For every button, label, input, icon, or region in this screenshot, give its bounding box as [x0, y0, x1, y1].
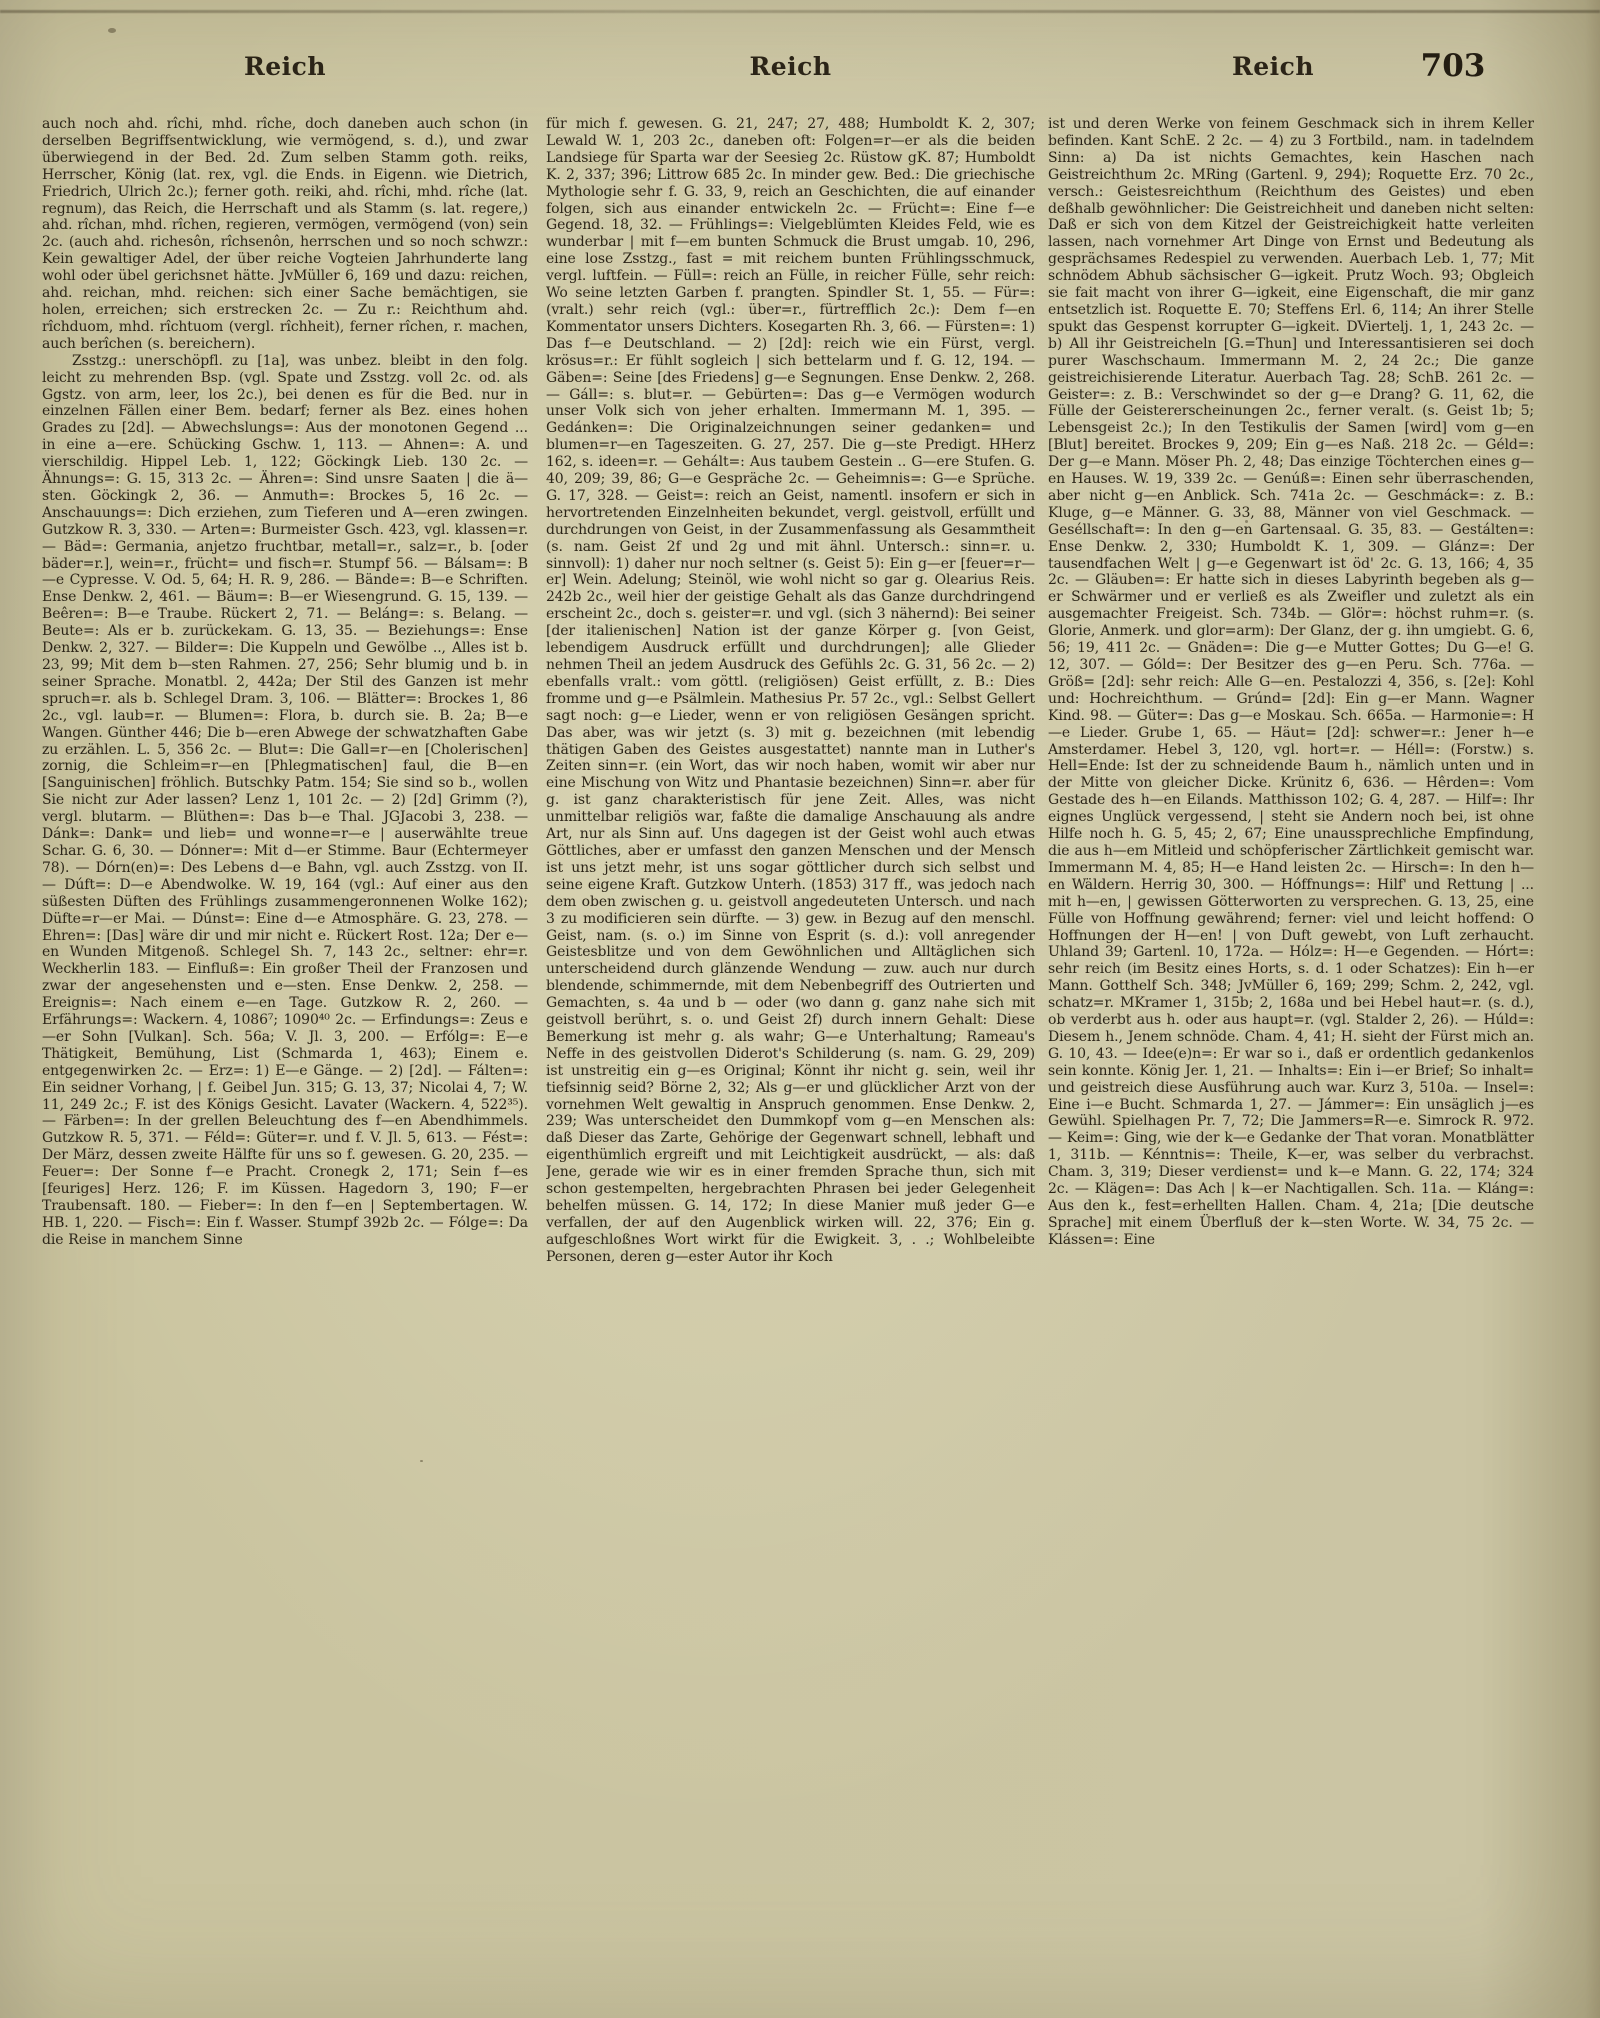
text-column-3: ist und deren Werke von feinem Geschmack… [1048, 116, 1534, 1916]
running-head-column-1: Reich [42, 52, 528, 81]
text-column-2: für mich f. gewesen. G. 21, 247; 27, 488… [546, 116, 1035, 1916]
page-top-edge-shadow [0, 10, 1600, 13]
page-number: 703 [1398, 48, 1508, 84]
paper-speck [108, 28, 116, 33]
dictionary-paragraph: für mich f. gewesen. G. 21, 247; 27, 488… [546, 116, 1035, 1266]
dictionary-paragraph: Zsstzg.: unerschöpfl. zu [1a], was unbez… [42, 353, 528, 1249]
running-head-column-2: Reich [546, 52, 1035, 81]
dictionary-paragraph: auch noch ahd. rîchi, mhd. rîche, doch d… [42, 116, 528, 353]
dictionary-page-scan: Reich Reich Reich 703 auch noch ahd. rîc… [0, 0, 1600, 2018]
text-column-1: auch noch ahd. rîchi, mhd. rîche, doch d… [42, 116, 528, 1916]
dictionary-paragraph: ist und deren Werke von feinem Geschmack… [1048, 116, 1534, 1249]
